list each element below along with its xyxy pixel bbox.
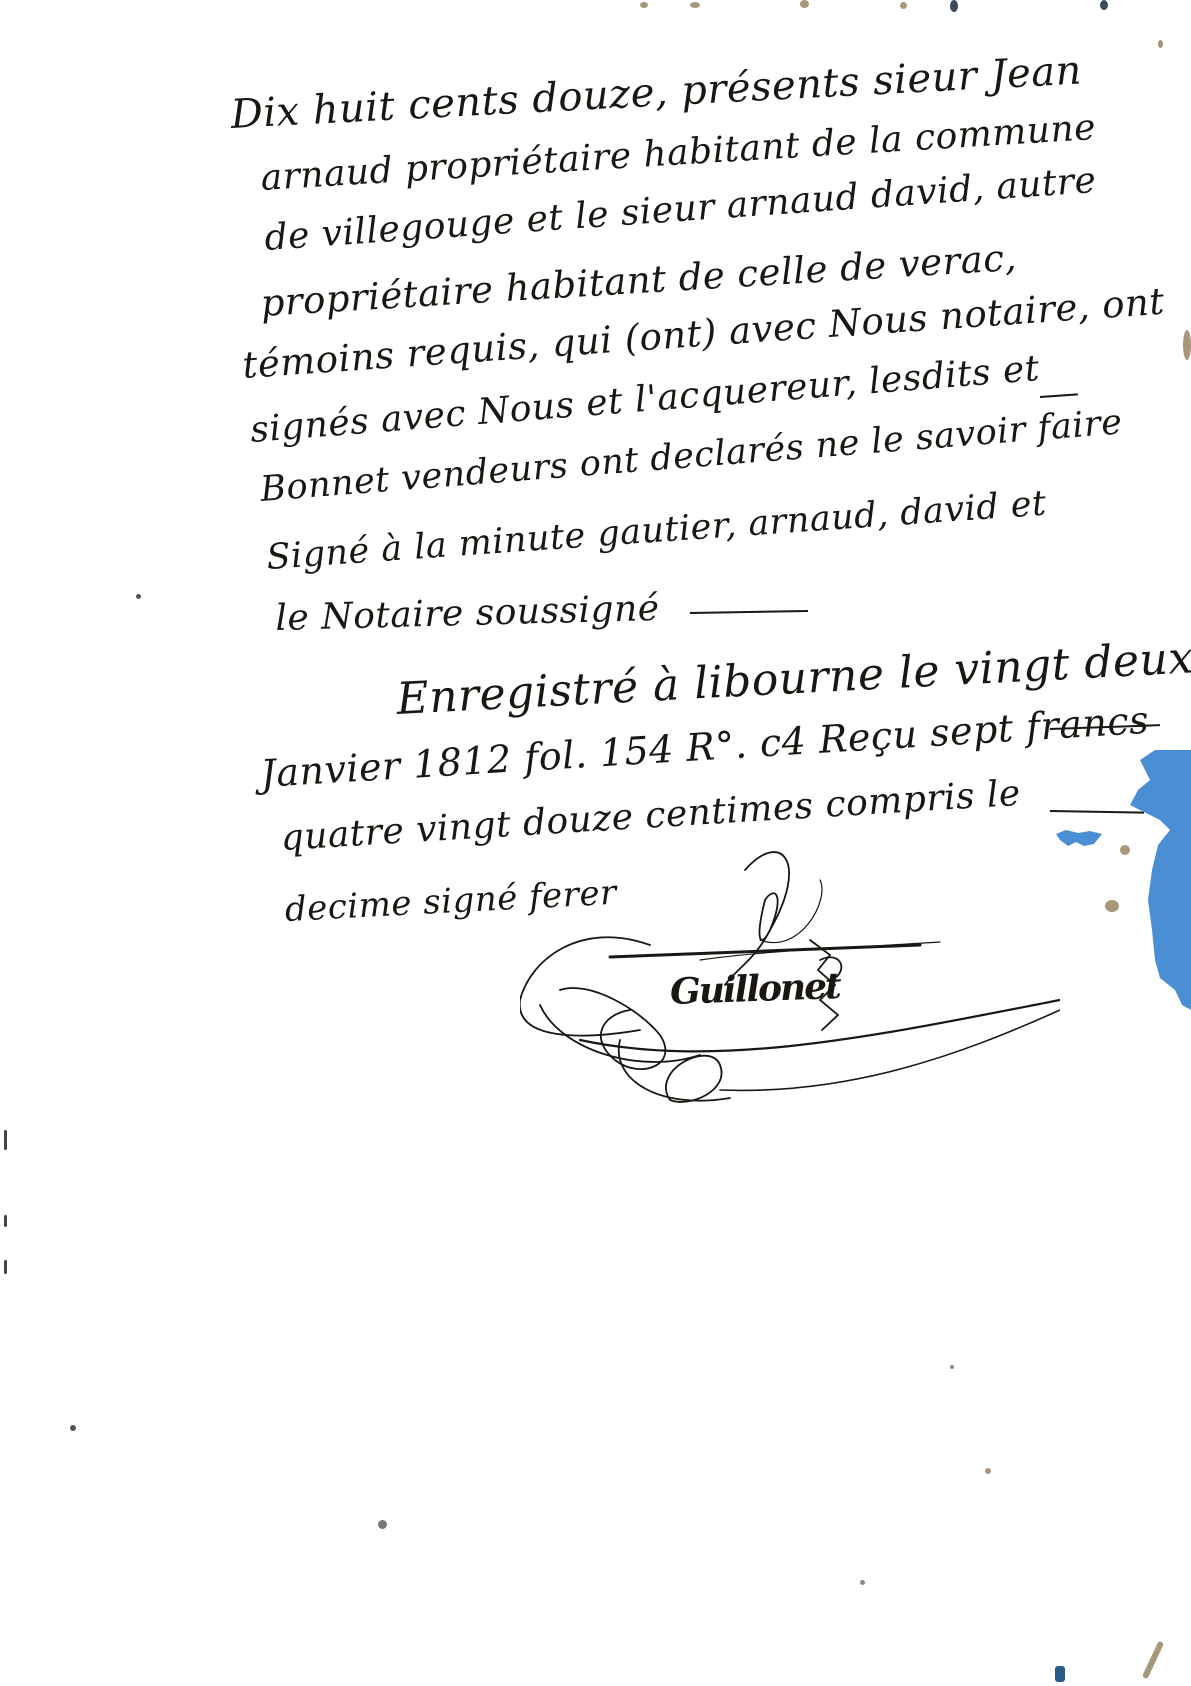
text-line-9: le Notaire soussigné xyxy=(275,588,660,639)
signature-name: Guillonet xyxy=(669,965,840,1013)
stain-speck xyxy=(378,1520,387,1529)
stain-speck xyxy=(1100,0,1108,10)
stain-speck xyxy=(4,1215,7,1227)
stain-speck xyxy=(1183,330,1191,360)
stain-speck xyxy=(860,1580,865,1585)
stain-speck xyxy=(1055,1666,1065,1682)
stain-speck xyxy=(70,1425,76,1431)
stain-speck xyxy=(800,0,809,8)
stain-speck xyxy=(1120,845,1130,855)
stain-speck xyxy=(136,594,141,599)
stain-speck xyxy=(1142,1641,1164,1680)
stain-speck xyxy=(640,2,648,8)
stain-speck xyxy=(1158,40,1163,48)
stain-speck xyxy=(690,2,700,8)
stain-speck xyxy=(4,1130,7,1150)
line-filler-dash xyxy=(1040,393,1078,398)
stain-speck xyxy=(900,2,907,9)
stain-speck xyxy=(950,1365,954,1369)
closing-dash xyxy=(690,610,808,614)
blue-patch-small xyxy=(1056,828,1106,850)
stain-speck xyxy=(950,0,958,12)
notary-signature: Guillonet xyxy=(520,840,1060,1110)
stain-speck xyxy=(4,1260,7,1274)
blue-patch xyxy=(1100,750,1191,1010)
document-page: Dix huit cents douze, présents sieur Jea… xyxy=(0,0,1191,1686)
stain-speck xyxy=(985,1468,991,1474)
stain-speck xyxy=(1105,900,1119,912)
